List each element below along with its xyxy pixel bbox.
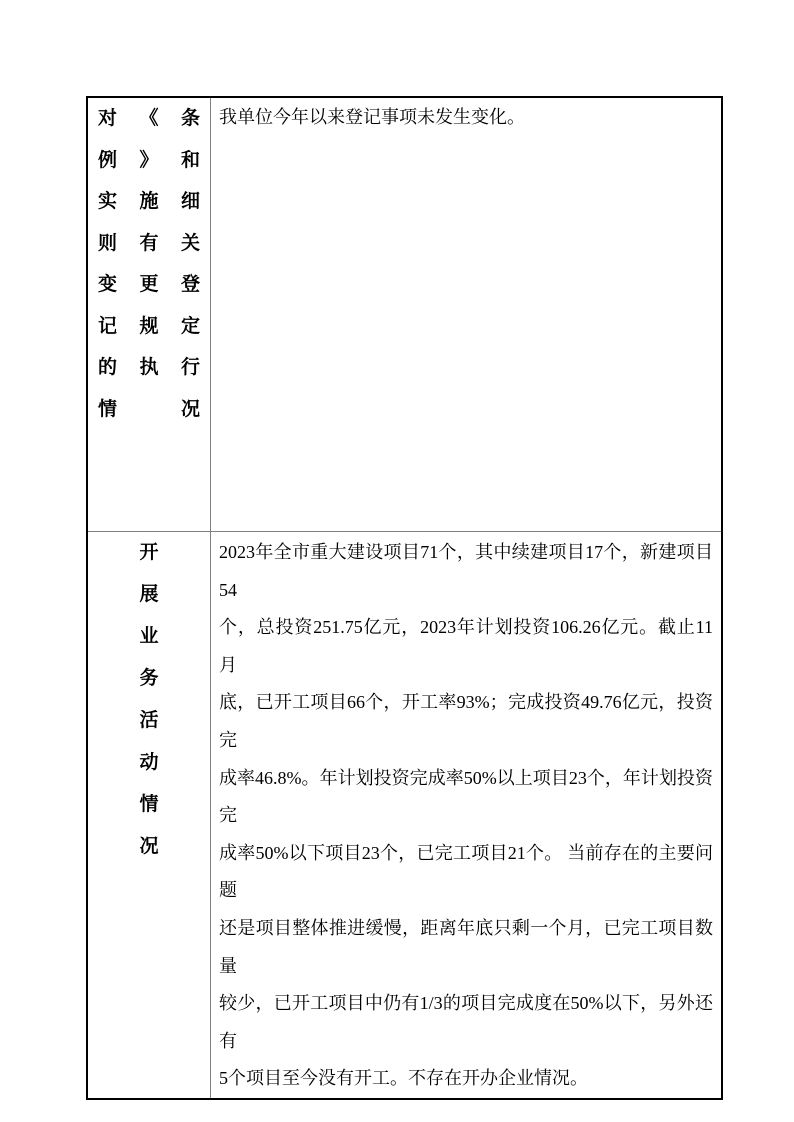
content-business-activities-text: 2023年全市重大建设项目71个，其中续建项目17个，新建项目54个，总投资25… xyxy=(219,534,713,1098)
content-cell-regulation-compliance: 我单位今年以来登记事项未发生变化。 xyxy=(211,97,723,532)
label-cell-regulation-compliance: 对《条例》和实施细则有关变更登记规定的执行情况 xyxy=(87,97,211,532)
label-cell-business-activities: 开展业务活动情况 xyxy=(87,532,211,1099)
label-regulation-compliance-text: 对《条例》和实施细则有关变更登记规定的执行情况 xyxy=(98,98,200,430)
content-regulation-compliance-text: 我单位今年以来登记事项未发生变化。 xyxy=(219,100,713,134)
document-page: 对《条例》和实施细则有关变更登记规定的执行情况 我单位今年以来登记事项未发生变化… xyxy=(0,0,794,1122)
report-form-table: 对《条例》和实施细则有关变更登记规定的执行情况 我单位今年以来登记事项未发生变化… xyxy=(86,96,723,1100)
table-row-regulation-compliance: 对《条例》和实施细则有关变更登记规定的执行情况 我单位今年以来登记事项未发生变化… xyxy=(87,97,722,532)
content-cell-business-activities: 2023年全市重大建设项目71个，其中续建项目17个，新建项目54个，总投资25… xyxy=(211,532,723,1099)
label-business-activities-text: 开展业务活动情况 xyxy=(98,532,200,868)
table-row-business-activities: 开展业务活动情况 2023年全市重大建设项目71个，其中续建项目17个，新建项目… xyxy=(87,532,722,1099)
